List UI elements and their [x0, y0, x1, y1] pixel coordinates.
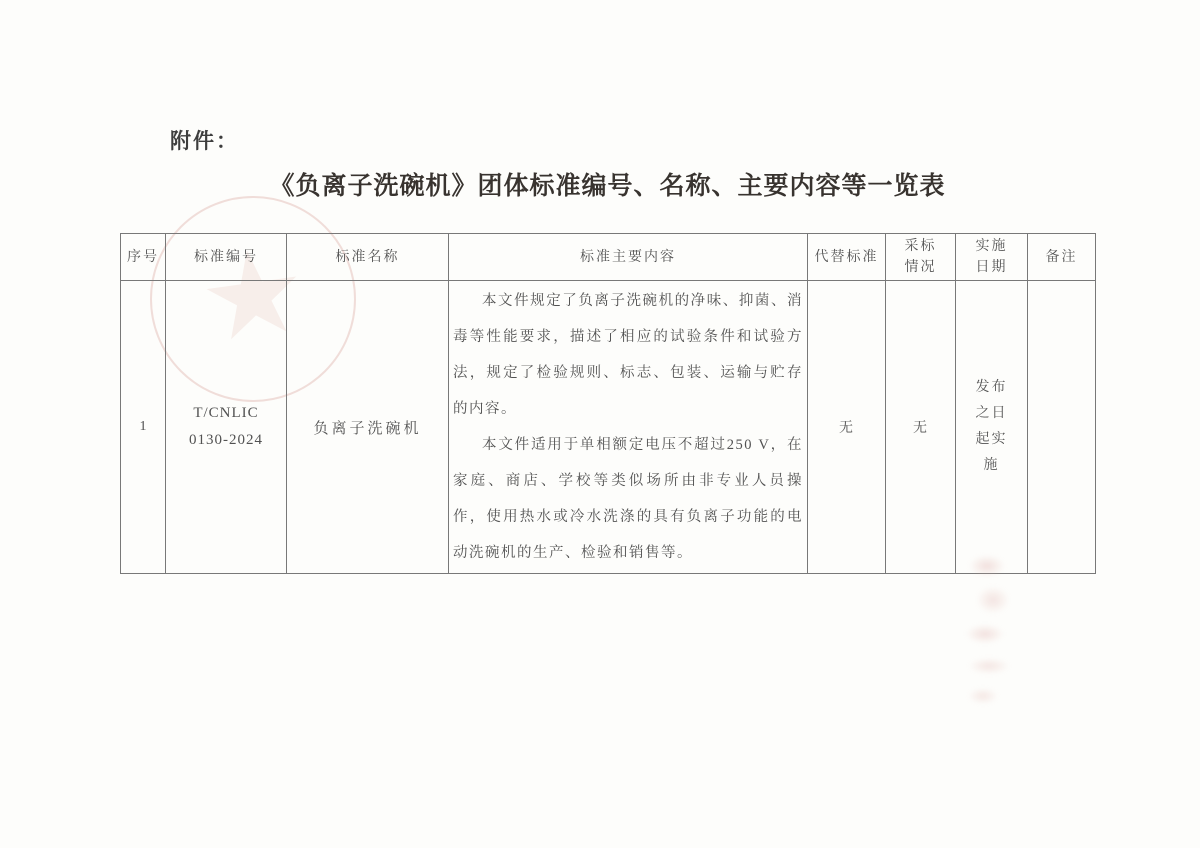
page-title: 《负离子洗碗机》团体标准编号、名称、主要内容等一览表: [120, 166, 1095, 202]
implementation-date-text: 发布之日起实施: [968, 375, 1016, 479]
header-implementation-date: 实施日期: [956, 234, 1028, 281]
header-standard-code: 标准编号: [166, 234, 287, 281]
cell-implementation-date: 发布之日起实施: [956, 281, 1028, 574]
cell-serial-number: 1: [121, 281, 166, 574]
main-content-paragraph-2: 本文件适用于单相额定电压不超过250 V，在家庭、商店、学校等类似场所由非专业人…: [453, 427, 803, 571]
main-content-paragraph-1: 本文件规定了负离子洗碗机的净味、抑菌、消毒等性能要求，描述了相应的试验条件和试验…: [453, 283, 803, 427]
header-serial-number: 序号: [121, 234, 166, 281]
cell-remark: [1028, 281, 1096, 574]
standard-code-line1: T/CNLIC: [170, 400, 282, 427]
standards-table: 序号 标准编号 标准名称 标准主要内容 代替标准 采标情况 实施日期 备注 1 …: [120, 233, 1096, 574]
standard-code-line2: 0130-2024: [170, 427, 282, 454]
table-header-row: 序号 标准编号 标准名称 标准主要内容 代替标准 采标情况 实施日期 备注: [121, 234, 1096, 281]
header-adoption-status-text: 采标情况: [897, 236, 945, 278]
header-remark: 备注: [1028, 234, 1096, 281]
cell-adoption-status: 无: [886, 281, 956, 574]
cell-replaced-standard: 无: [808, 281, 886, 574]
header-replaced-standard: 代替标准: [808, 234, 886, 281]
document-page: 附件： 《负离子洗碗机》团体标准编号、名称、主要内容等一览表 ★ 序号 标准编号…: [0, 0, 1200, 848]
cell-main-content: 本文件规定了负离子洗碗机的净味、抑菌、消毒等性能要求，描述了相应的试验条件和试验…: [449, 281, 808, 574]
attachment-label: 附件：: [170, 125, 239, 155]
header-implementation-date-text: 实施日期: [968, 236, 1016, 278]
header-standard-name: 标准名称: [287, 234, 449, 281]
header-adoption-status: 采标情况: [886, 234, 956, 281]
cell-standard-name: 负离子洗碗机: [287, 281, 449, 574]
cell-standard-code: T/CNLIC 0130-2024: [166, 281, 287, 574]
table-row: 1 T/CNLIC 0130-2024 负离子洗碗机 本文件规定了负离子洗碗机的…: [121, 281, 1096, 574]
header-main-content: 标准主要内容: [449, 234, 808, 281]
